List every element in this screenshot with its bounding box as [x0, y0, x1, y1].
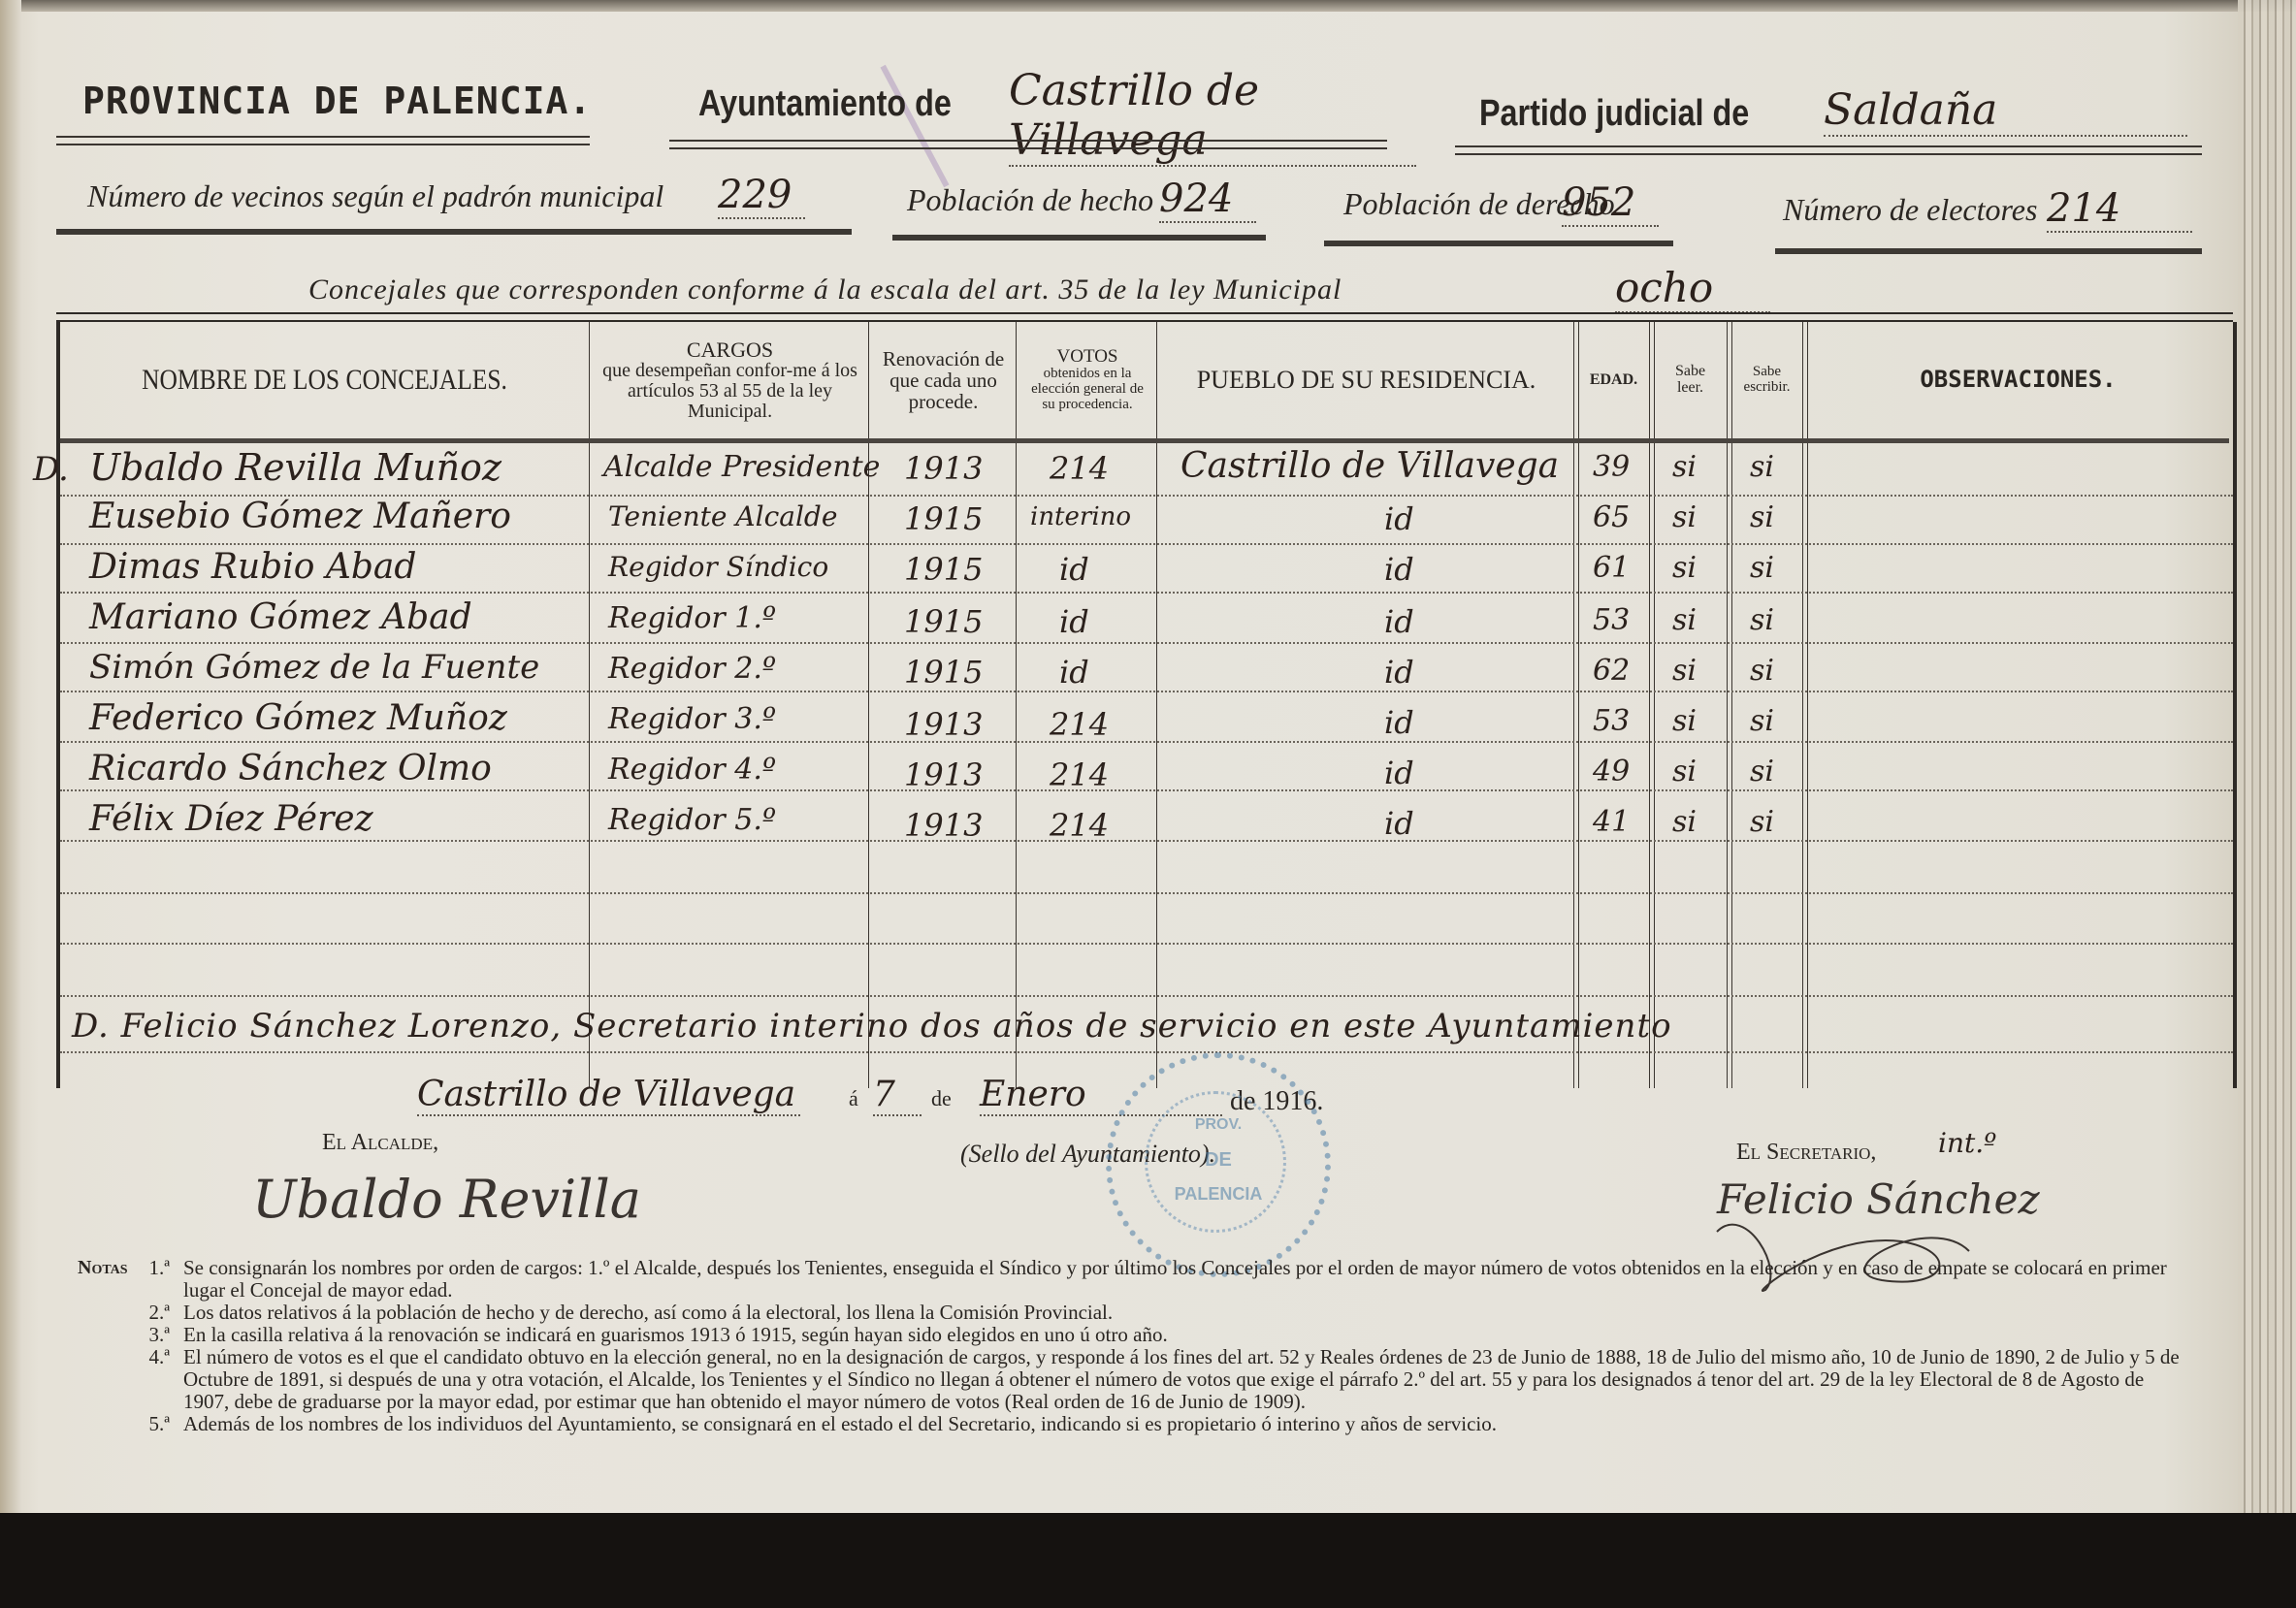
cell-sabe-leer: si: [1672, 603, 1697, 637]
alcalde-label: El Alcalde,: [322, 1130, 438, 1156]
cell-renovacion: 1913: [904, 807, 983, 844]
partido-label: Partido judicial de: [1479, 93, 1749, 135]
table-top-rule: [56, 312, 2233, 322]
cell-cargo: Alcalde Presidente: [603, 450, 880, 484]
stats-rule: [56, 229, 852, 235]
cell-sabe-leer: si: [1672, 704, 1697, 738]
header-rule: [669, 140, 1387, 149]
cell-edad: 53: [1593, 704, 1630, 738]
row-rule: [60, 741, 2233, 743]
derecho-value: 952: [1562, 180, 1659, 227]
note-text: Además de los nombres de los individuos …: [183, 1413, 2192, 1435]
cell-sabe-escribir: si: [1750, 603, 1774, 637]
notes-section: Notas 1.ª Se consignarán los nombres por…: [78, 1257, 2192, 1435]
date-de: de: [931, 1086, 952, 1111]
row-rule: [60, 592, 2233, 594]
column-divider: [1016, 322, 1017, 1088]
cell-cargo: Regidor 2.º: [608, 652, 776, 686]
date-a: á: [849, 1086, 858, 1111]
cell-sabe-escribir: si: [1750, 704, 1774, 738]
cell-pueblo: id: [1384, 704, 1414, 741]
alcalde-signature: Ubaldo Revilla: [252, 1169, 641, 1230]
note-item: 4.ª El número de votos es el que el cand…: [78, 1346, 2192, 1413]
cell-sabe-escribir: si: [1750, 805, 1774, 839]
note-number: 5.ª: [78, 1413, 183, 1435]
cell-votos: 214: [1050, 807, 1109, 844]
stamp-center-3: PALENCIA: [1112, 1184, 1325, 1205]
header-rule: [1455, 145, 2202, 155]
header-votos-title: VOTOS: [1057, 347, 1118, 367]
cell-votos: 214: [1050, 706, 1109, 743]
cell-pueblo: Castrillo de Villavega: [1180, 446, 1559, 486]
stats-rule: [1324, 241, 1673, 246]
cell-votos: id: [1059, 603, 1089, 640]
note-text: Se consignarán los nombres por orden de …: [183, 1257, 2192, 1302]
province-title: PROVINCIA DE PALENCIA.: [82, 80, 592, 122]
stats-rule: [892, 235, 1266, 241]
ayuntamiento-label: Ayuntamiento de: [698, 83, 952, 125]
cell-nombre: Félix Díez Pérez: [89, 799, 373, 839]
ayuntamiento-value: Castrillo de Villavega: [1009, 66, 1416, 167]
row-rule: [60, 691, 2233, 692]
cell-nombre: Ubaldo Revilla Muñoz: [89, 446, 501, 489]
cell-pueblo: id: [1384, 500, 1414, 537]
concejales-table: NOMBRE DE LOS CONCEJALES. CARGOS que des…: [56, 322, 2237, 1088]
cell-votos: interino: [1030, 502, 1131, 531]
cell-cargo: Regidor 5.º: [608, 803, 776, 837]
document-page: PROVINCIA DE PALENCIA. Ayuntamiento de C…: [0, 0, 2296, 1513]
date-day: 7: [873, 1075, 922, 1116]
town-hall-stamp: PROV. DE PALENCIA: [1106, 1052, 1331, 1277]
cell-nombre: Ricardo Sánchez Olmo: [89, 749, 492, 788]
cell-renovacion: 1915: [904, 654, 983, 691]
cell-renovacion: 1915: [904, 603, 983, 640]
note-text: Los datos relativos á la población de he…: [183, 1302, 2192, 1324]
header-votos-sub: obtenidos en la elección general de su p…: [1024, 367, 1150, 412]
column-divider: [868, 322, 869, 1088]
cell-pueblo: id: [1384, 755, 1414, 791]
column-divider: [1156, 322, 1157, 1088]
scan-background: [0, 1513, 2296, 1608]
cell-pueblo: id: [1384, 654, 1414, 691]
row-rule: [60, 1051, 2233, 1053]
cell-renovacion: 1913: [904, 450, 983, 487]
date-place: Castrillo de Villavega: [417, 1075, 800, 1116]
note-item: 1.ª Se consignarán los nombres por orden…: [78, 1257, 2192, 1302]
cell-edad: 49: [1593, 755, 1630, 788]
book-page-edges: [2238, 0, 2296, 1608]
cell-edad: 61: [1593, 551, 1630, 585]
cell-edad: 39: [1593, 450, 1630, 484]
cell-renovacion: 1915: [904, 500, 983, 537]
column-divider: [589, 322, 590, 1088]
page-gutter-shadow: [0, 0, 21, 1513]
row-rule: [60, 789, 2233, 791]
notes-label: Notas: [78, 1257, 128, 1279]
secretario-label: El Secretario,: [1736, 1140, 1876, 1166]
cell-votos: 214: [1050, 756, 1109, 793]
stamp-center-1: PROV.: [1112, 1116, 1325, 1134]
header-votos: VOTOS obtenidos en la elección general d…: [1019, 322, 1156, 438]
cell-sabe-escribir: si: [1750, 755, 1774, 788]
row-rule: [60, 543, 2233, 545]
cell-cargo: Regidor 3.º: [608, 702, 776, 736]
vecinos-label: Número de vecinos según el padrón munici…: [87, 178, 663, 214]
cell-renovacion: 1915: [904, 551, 983, 588]
cell-votos: id: [1059, 551, 1089, 588]
header-sabe-leer: Sabe leer.: [1654, 322, 1727, 438]
cell-sabe-escribir: si: [1750, 500, 1774, 534]
header-cargos: CARGOS que desempeñan confor-me á los ar…: [592, 322, 868, 438]
partido-value: Saldaña: [1824, 85, 2187, 137]
header-rule: [56, 136, 590, 145]
cell-sabe-escribir: si: [1750, 551, 1774, 585]
note-item: 3.ª En la casilla relativa á la renovaci…: [78, 1324, 2192, 1346]
header-pueblo: PUEBLO DE SU RESIDENCIA.: [1159, 322, 1573, 438]
concejales-label: Concejales que corresponden conforme á l…: [308, 273, 1342, 306]
note-number: 4.ª: [78, 1346, 183, 1413]
secretario-note: int.º: [1938, 1127, 1996, 1159]
cell-edad: 65: [1593, 500, 1630, 534]
vecinos-value: 229: [718, 173, 805, 219]
note-text: El número de votos es el que el candidat…: [183, 1346, 2192, 1413]
cell-edad: 53: [1593, 603, 1630, 637]
header-nombre: NOMBRE DE LOS CONCEJALES.: [100, 322, 549, 438]
row-rule: [60, 943, 2233, 945]
cell-edad: 41: [1593, 805, 1630, 839]
cell-sabe-leer: si: [1672, 755, 1697, 788]
note-number: 3.ª: [78, 1324, 183, 1346]
cell-votos: 214: [1050, 450, 1109, 487]
cell-prefix: D.: [33, 450, 69, 489]
top-binding-edge: [0, 0, 2296, 12]
electores-value: 214: [2047, 186, 2192, 233]
cell-renovacion: 1913: [904, 706, 983, 743]
header-observaciones: OBSERVACIONES.: [1807, 322, 2229, 438]
cell-pueblo: id: [1384, 551, 1414, 588]
header-rule: [60, 438, 2229, 443]
cell-cargo: Regidor Síndico: [608, 551, 828, 583]
cell-sabe-escribir: si: [1750, 654, 1774, 688]
stamp-center-2: DE: [1112, 1149, 1325, 1172]
cell-cargo: Regidor 4.º: [608, 753, 776, 787]
cell-sabe-leer: si: [1672, 450, 1697, 484]
cell-nombre: Federico Gómez Muñoz: [89, 698, 507, 738]
header-renovacion: Renovación de que cada uno procede.: [871, 322, 1016, 438]
header-sabe-escribir: Sabe escribir.: [1731, 322, 1802, 438]
cell-pueblo: id: [1384, 603, 1414, 640]
cell-nombre: Dimas Rubio Abad: [89, 547, 416, 587]
row-rule: [60, 892, 2233, 894]
hecho-value: 924: [1159, 177, 1256, 223]
cell-sabe-leer: si: [1672, 654, 1697, 688]
cell-pueblo: id: [1384, 805, 1414, 842]
cell-cargo: Teniente Alcalde: [608, 500, 837, 532]
electores-label: Número de electores: [1783, 192, 2037, 228]
cell-nombre: Mariano Gómez Abad: [89, 597, 472, 637]
stats-rule: [1775, 248, 2202, 254]
cell-sabe-escribir: si: [1750, 450, 1774, 484]
note-item: 5.ª Además de los nombres de los individ…: [78, 1413, 2192, 1435]
cell-cargo: Regidor 1.º: [608, 601, 776, 635]
row-rule: [60, 642, 2233, 644]
cell-sabe-leer: si: [1672, 805, 1697, 839]
header-cargos-title: CARGOS: [687, 338, 773, 361]
note-number: 2.ª: [78, 1302, 183, 1324]
note-item: 2.ª Los datos relativos á la población d…: [78, 1302, 2192, 1324]
cell-nombre: Simón Gómez de la Fuente: [89, 648, 539, 687]
header-edad: EDAD.: [1578, 322, 1649, 438]
cell-edad: 62: [1593, 654, 1630, 688]
note-text: En la casilla relativa á la renovación s…: [183, 1324, 2192, 1346]
cell-votos: id: [1059, 654, 1089, 691]
cell-sabe-leer: si: [1672, 551, 1697, 585]
cell-sabe-leer: si: [1672, 500, 1697, 534]
cell-renovacion: 1913: [904, 756, 983, 793]
cell-nombre: Eusebio Gómez Mañero: [89, 497, 511, 536]
hecho-label: Población de hecho: [907, 182, 1153, 218]
row-rule: [60, 840, 2233, 842]
secretario-statement: D. Felicio Sánchez Lorenzo, Secretario i…: [72, 1007, 1672, 1045]
header-cargos-sub: que desempeñan confor-me á los artículos…: [599, 361, 861, 422]
row-rule: [60, 995, 2233, 997]
concejales-value: ocho: [1615, 264, 1770, 313]
